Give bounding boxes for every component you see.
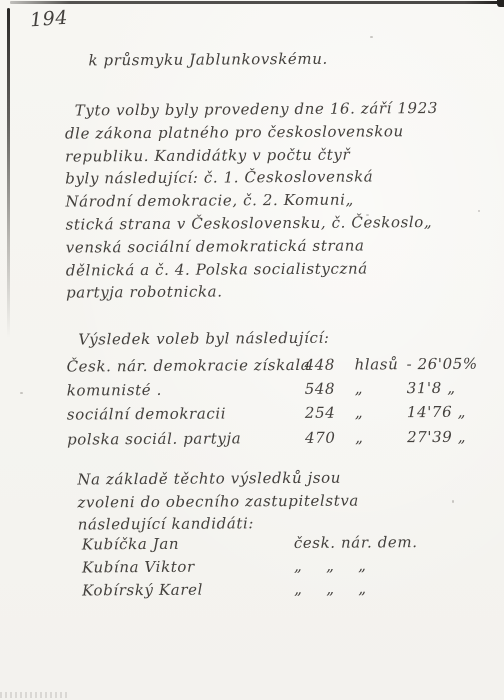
scan-corner-mark <box>497 0 504 7</box>
votes-value: 470 <box>305 425 355 450</box>
binding-edge-line <box>7 8 10 338</box>
paragraph-line: byly následující: č. 1. Československá <box>65 165 438 190</box>
party-label: sociální demokracii <box>67 401 305 427</box>
candidate-party: „ „ „ <box>294 578 418 602</box>
results-table: Česk. nár. demokracie získala 448 hlasů … <box>66 352 478 452</box>
paragraph-line: Národní demokracie, č. 2. Komuni„ <box>65 188 438 213</box>
results-heading: Výsledek voleb byl následující: <box>78 329 329 349</box>
votes-unit: „ <box>355 401 407 426</box>
scan-top-edge <box>10 1 504 4</box>
percent-value: - 26'05% <box>406 352 477 377</box>
candidate-row: Kubína Viktor „ „ „ <box>82 554 418 580</box>
percent-value: 31'8 „ <box>407 376 478 401</box>
paragraph-line: Tyto volby byly provedeny dne 16. září 1… <box>65 97 438 122</box>
manuscript-page: 194 k průsmyku Jablunkovskému. Tyto volb… <box>0 0 504 700</box>
candidate-name: Kubíčka Jan <box>82 532 294 557</box>
paragraph-line: stická strana v Československu, č. Česko… <box>65 211 438 236</box>
votes-value: 254 <box>305 401 355 426</box>
candidate-row: Kobírský Karel „ „ „ <box>82 578 418 604</box>
party-label: polska sociál. partyja <box>67 425 305 451</box>
paragraph-line: dělnická a č. 4. Polska socialistyczná <box>66 257 439 282</box>
votes-unit: „ <box>355 425 407 450</box>
candidate-list: Kubíčka Jan česk. nár. dem. Kubína Vikto… <box>82 531 418 603</box>
page-heading: k průsmyku Jablunkovskému. <box>88 50 328 70</box>
paragraph-line: partyja robotnicka. <box>66 279 439 304</box>
result-row: komunisté . 548 „ 31'8 „ <box>67 376 478 403</box>
votes-unit: „ <box>355 376 407 401</box>
candidate-party: česk. nár. dem. <box>294 531 418 555</box>
candidate-party: „ „ „ <box>294 554 418 578</box>
paragraph-line: dle zákona platného pro československou <box>65 120 438 145</box>
election-paragraph: Tyto volby byly provedeny dne 16. září 1… <box>65 97 440 305</box>
percent-value: 27'39 „ <box>407 424 478 449</box>
paragraph-line: venská sociální demokratická strana <box>66 234 439 259</box>
page-number: 194 <box>29 7 69 32</box>
paragraph-line: zvoleni do obecního zastupitelstva <box>77 489 359 513</box>
result-row: sociální demokracii 254 „ 14'76 „ <box>67 400 478 427</box>
votes-value: 448 <box>304 353 354 378</box>
votes-value: 548 <box>305 377 355 402</box>
votes-unit: hlasů <box>354 352 406 377</box>
paragraph-line: Na základě těchto výsledků jsou <box>77 467 359 491</box>
candidate-name: Kubína Viktor <box>82 555 294 580</box>
party-label: Česk. nár. demokracie získala <box>66 353 304 379</box>
candidate-name: Kobírský Karel <box>82 578 294 603</box>
paper-speck <box>370 36 373 38</box>
paper-speck <box>20 392 23 394</box>
candidate-row: Kubíčka Jan česk. nár. dem. <box>82 531 418 557</box>
conclusion-paragraph: Na základě těchto výsledků jsou zvoleni … <box>77 467 359 536</box>
paragraph-line: republiku. Kandidátky v počtu čtyř <box>65 143 438 168</box>
result-row: polska sociál. partyja 470 „ 27'39 „ <box>67 424 478 451</box>
scan-bottom-smudge <box>0 692 70 698</box>
paper-speck <box>478 210 480 212</box>
paper-speck <box>452 500 454 503</box>
result-row: Česk. nár. demokracie získala 448 hlasů … <box>66 352 477 379</box>
percent-value: 14'76 „ <box>407 400 478 425</box>
party-label: komunisté . <box>67 377 305 403</box>
